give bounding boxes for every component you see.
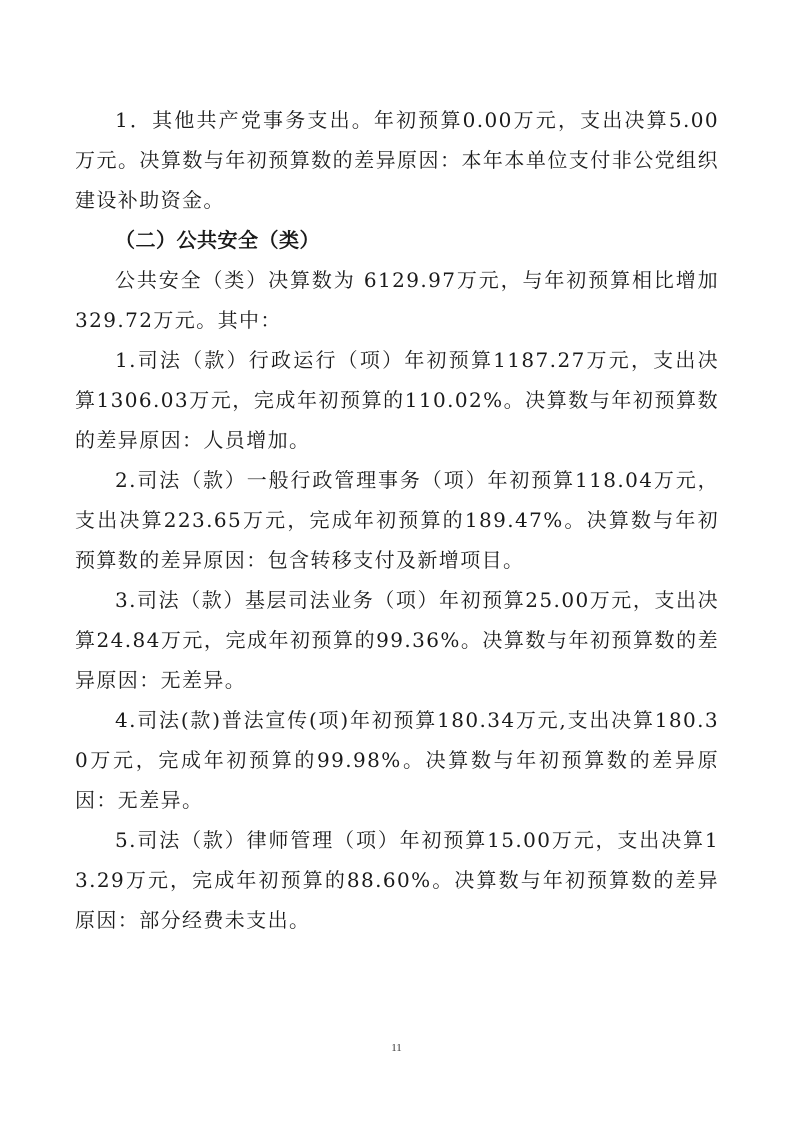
page-number: 11 — [0, 1042, 793, 1054]
paragraph-item-3-grassroots-judicial: 3.司法（款）基层司法业务（项）年初预算25.00万元，支出决算24.84万元，… — [75, 580, 719, 700]
paragraph-item-5-lawyer-management: 5.司法（款）律师管理（项）年初预算15.00万元，支出决算13.29万元，完成… — [75, 820, 719, 940]
paragraph-item-1-admin-operation: 1.司法（款）行政运行（项）年初预算1187.27万元，支出决算1306.03万… — [75, 340, 719, 460]
paragraph-item-4-legal-publicity: 4.司法(款)普法宣传(项)年初预算180.34万元,支出决算180.30万元，… — [75, 700, 719, 820]
paragraph-other-party-affairs: 1．其他共产党事务支出。年初预算0.00万元，支出决算5.00万元。决算数与年初… — [75, 100, 719, 220]
paragraph-item-2-general-admin: 2.司法（款）一般行政管理事务（项）年初预算118.04万元，支出决算223.6… — [75, 460, 719, 580]
document-body: 1．其他共产党事务支出。年初预算0.00万元，支出决算5.00万元。决算数与年初… — [75, 100, 719, 940]
section-heading-public-security: （二）公共安全（类） — [75, 220, 719, 260]
paragraph-public-security-summary: 公共安全（类）决算数为 6129.97万元，与年初预算相比增加329.72万元。… — [75, 260, 719, 340]
